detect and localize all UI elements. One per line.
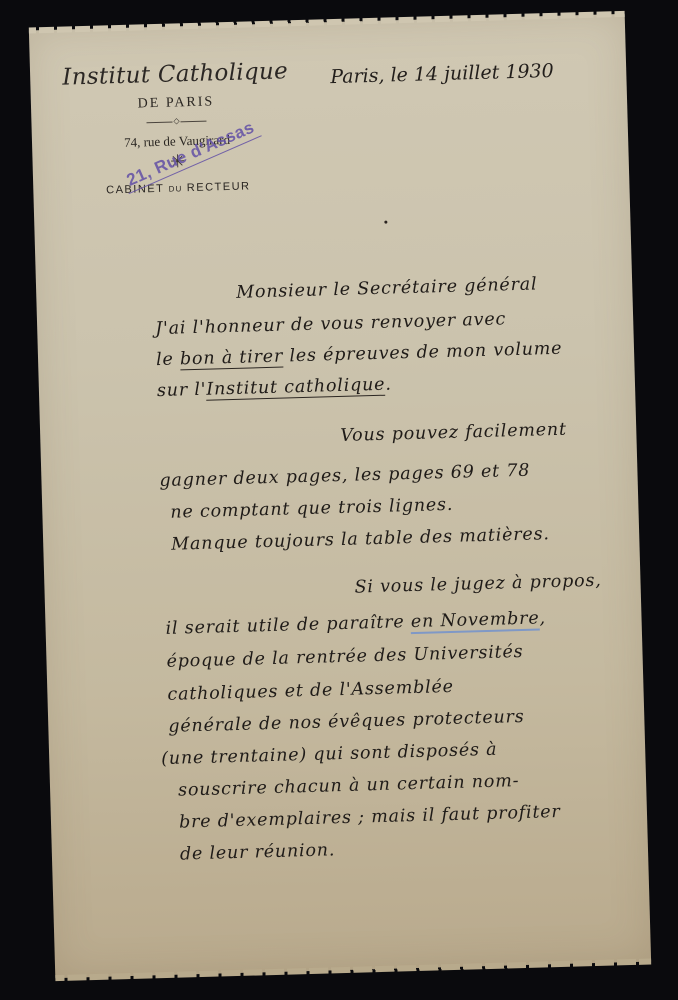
body-line: ne comptant que trois lignes. <box>170 495 453 523</box>
body-line: de leur réunion. <box>180 840 336 864</box>
body-line: Vous pouvez facilement <box>340 420 567 446</box>
ornament-divider: ◇ <box>146 117 206 127</box>
blue-underlined-phrase: en Novembre <box>411 608 540 634</box>
body-line: sur l'Institut catholique. <box>157 375 392 402</box>
body-line: bre d'exemplaires ; mais il faut profite… <box>179 802 561 833</box>
body-line: Si vous le jugez à propos, <box>354 571 602 598</box>
body-line: époque de la rentrée des Universités <box>166 642 523 672</box>
body-line: gagner deux pages, les pages 69 et 78 <box>159 461 530 491</box>
body-line: J'ai l'honneur de vous renvoyer avec <box>155 309 506 339</box>
salutation: Monsieur le Secrétaire général <box>236 274 538 302</box>
body-line: catholiques et de l'Assemblée <box>167 677 454 705</box>
letterhead-office: CABINET DU RECTEUR <box>63 179 293 197</box>
letterhead-institution: Institut Catholique <box>60 58 291 90</box>
letter-paper: Institut Catholique DE PARIS ◇ 74, rue d… <box>29 14 651 978</box>
date-line: Paris, le 14 juillet 1930 <box>330 60 554 88</box>
diamond-icon: ◇ <box>172 117 180 125</box>
body-line: il serait utile de paraître en Novembre, <box>165 608 546 639</box>
ink-speck <box>384 221 387 224</box>
body-line: Manque toujours la table des matières. <box>171 524 550 555</box>
underlined-phrase: Institut catholique <box>206 375 386 401</box>
letter-body: Monsieur le Secrétaire général J'ai l'ho… <box>29 14 625 31</box>
underlined-phrase: bon à tirer <box>180 347 284 371</box>
body-line: souscrire chacun à un certain nom- <box>178 771 520 801</box>
body-line: générale de nos évêques protecteurs <box>168 707 525 737</box>
body-line: (une trentaine) qui sont disposés à <box>161 740 498 769</box>
body-line: le bon à tirer les épreuves de mon volum… <box>156 339 563 370</box>
letterhead-city: DE PARIS <box>61 92 291 114</box>
